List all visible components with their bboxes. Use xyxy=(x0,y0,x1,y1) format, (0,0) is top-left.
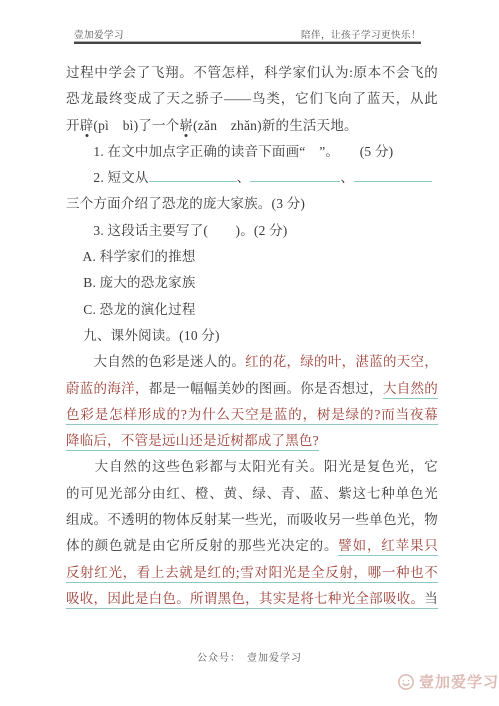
header-slogan: 陪伴，让孩子学习更快乐！ xyxy=(301,27,421,41)
document-line: 反射红光，看上去就是红的;雪对阳光是全反射，哪一种也不 xyxy=(66,560,438,586)
document-body: 过程中学会了飞翔。不管怎样，科学家们认为:原本不会飞的恐龙最终变成了天之骄子——… xyxy=(66,60,438,612)
document-line: 3. 这段话主要写了( )。(2 分) xyxy=(66,218,438,244)
document-line: 色彩是怎样形成的?为什么天空是蓝的，树是绿的?而当夜幕 xyxy=(66,402,438,428)
text-run: (pì bì)了一个 xyxy=(93,118,179,133)
text-run: 红的花，绿的叶，湛蓝的天空， xyxy=(245,354,438,369)
text-run: 、 xyxy=(340,170,354,185)
text-run: 当 xyxy=(424,591,438,609)
answer-blank xyxy=(149,170,237,182)
answer-blank xyxy=(250,170,340,182)
document-line: 1. 在文中加点字正确的读音下面画“ ”。 (5 分) xyxy=(66,139,438,165)
document-line: 组成。不透明的物体反射某一些光，而吸收另一些单色光，物 xyxy=(66,507,438,533)
document-line: 大自然的这些色彩都与太阳光有关。阳光是复色光，它 xyxy=(66,454,438,480)
text-run: 譬如，红苹果只 xyxy=(338,538,438,556)
text-run: 的可见光部分由红、橙、黄、绿、青、蓝、紫这七种单色光 xyxy=(66,486,438,501)
text-run: 大自然的这些色彩都与太阳光有关。阳光是复色光，它 xyxy=(66,459,438,474)
text-run: 降临后，不管是远山还是近树都成了黑色? xyxy=(66,433,319,451)
text-run: 2. 短文从 xyxy=(66,170,149,185)
text-run: C. 恐龙的演化过程 xyxy=(66,302,196,317)
smiley-circle-icon xyxy=(397,673,415,691)
document-line: 吸收，因此是白色。所谓黑色，其实是将七种光全部吸收。当 xyxy=(66,586,438,612)
document-page: 壹加爱学习 陪伴，让孩子学习更快乐！ 过程中学会了飞翔。不管怎样，科学家们认为:… xyxy=(0,0,499,706)
text-run: 崭 xyxy=(179,114,193,134)
text-run: 3. 这段话主要写了( )。(2 分) xyxy=(66,223,288,238)
document-line: B. 庞大的恐龙家族 xyxy=(66,270,438,296)
document-line: C. 恐龙的演化过程 xyxy=(66,297,438,323)
document-line: 蔚蓝的海洋，都是一幅幅美妙的图画。你是否想过，大自然的 xyxy=(66,376,438,402)
document-line: 过程中学会了飞翔。不管怎样，科学家们认为:原本不会飞的 xyxy=(66,60,438,86)
text-run: 辟 xyxy=(80,114,94,134)
document-line: 开辟(pì bì)了一个崭(zǎn zhǎn)新的生活天地。 xyxy=(66,113,438,139)
text-run: 九、课外阅读。(10 分) xyxy=(66,328,220,343)
text-run: 过程中学会了飞翔。不管怎样，科学家们认为:原本不会飞的 xyxy=(66,65,438,80)
text-run: 组成。不透明的物体反射某一些光，而吸收另一些单色光，物 xyxy=(66,512,438,527)
text-run: 恐龙最终变成了天之骄子——鸟类，它们飞向了蓝天，从此 xyxy=(66,91,438,106)
header-bar: 壹加爱学习 陪伴，让孩子学习更快乐！ xyxy=(74,27,421,41)
text-run: 都是一幅幅美妙的图画。你是否想过， xyxy=(149,381,383,396)
header-divider xyxy=(74,41,421,44)
text-run: B. 庞大的恐龙家族 xyxy=(66,275,196,290)
document-line: 大自然的色彩是迷人的。红的花，绿的叶，湛蓝的天空， xyxy=(66,349,438,375)
text-run: 色彩是怎样形成的?为什么天空是蓝的，树是绿的?而当夜幕 xyxy=(66,407,438,425)
document-line: 降临后，不管是远山还是近树都成了黑色? xyxy=(66,428,438,454)
text-run: 体的颜色就是由它所反射的那些光决定的。 xyxy=(66,538,338,553)
answer-blank xyxy=(354,170,432,182)
text-run: 、 xyxy=(237,170,251,185)
text-run: A. 科学家们的推想 xyxy=(66,249,196,264)
document-line: 2. 短文从、、 xyxy=(66,165,438,191)
document-line: 恐龙最终变成了天之骄子——鸟类，它们飞向了蓝天，从此 xyxy=(66,86,438,112)
footer-text: 公众号： 壹加爱学习 xyxy=(0,649,499,664)
brand-watermark: 壹加爱学习 xyxy=(397,671,499,692)
text-run: 开 xyxy=(66,118,80,133)
text-run: 反射红光，看上去就是红的;雪对阳光是全反射，哪一种也不 xyxy=(66,565,438,583)
text-run: 大自然的 xyxy=(383,381,438,399)
document-line: 体的颜色就是由它所反射的那些光决定的。譬如，红苹果只 xyxy=(66,533,438,559)
text-run: 蔚蓝的海洋， xyxy=(66,381,149,396)
document-line: A. 科学家们的推想 xyxy=(66,244,438,270)
header-brand: 壹加爱学习 xyxy=(74,27,124,41)
document-line: 九、课外阅读。(10 分) xyxy=(66,323,438,349)
text-run: 1. 在文中加点字正确的读音下面画“ ”。 (5 分) xyxy=(66,144,393,159)
text-run: 三个方面介绍了恐龙的庞大家族。(3 分) xyxy=(66,196,305,211)
document-line: 的可见光部分由红、橙、黄、绿、青、蓝、紫这七种单色光 xyxy=(66,481,438,507)
document-line: 三个方面介绍了恐龙的庞大家族。(3 分) xyxy=(66,191,438,217)
text-run: (zǎn zhǎn)新的生活天地。 xyxy=(193,118,358,133)
watermark-text: 壹加爱学习 xyxy=(419,671,499,692)
text-run: 大自然的色彩是迷人的。 xyxy=(66,354,245,369)
text-run: 吸收，因此是白色。所谓黑色，其实是将七种光全部吸收。 xyxy=(66,591,424,609)
